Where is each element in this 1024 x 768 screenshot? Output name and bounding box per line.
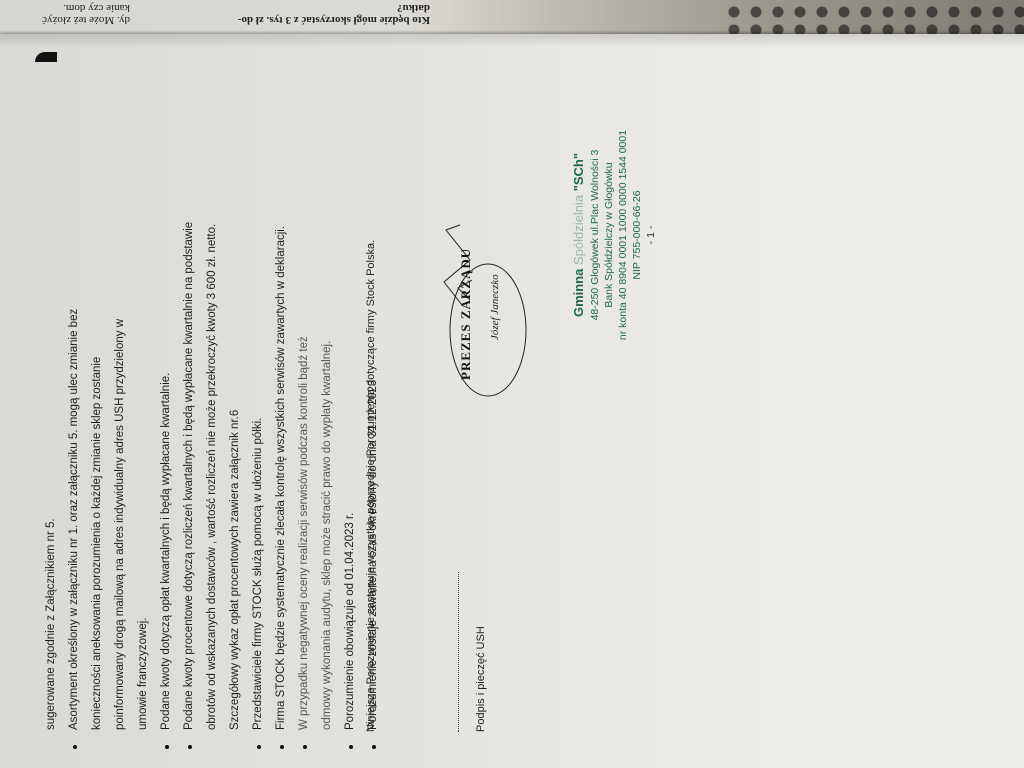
list-item: Firma STOCK będzie systematycznie zlecał…: [270, 40, 293, 760]
list-item: Podane kwoty procentowe dotyczą rozlicze…: [178, 40, 201, 760]
list-item: obrotów od wskazanych dostawców , wartoś…: [201, 40, 224, 760]
company-name: Gminna Spółdzielnia "SCh": [570, 115, 588, 355]
stamp-title: PREZES ZARZĄDU: [454, 248, 477, 380]
signature-stamp: PREZES ZARZĄDU Józef Janeczko: [440, 200, 530, 400]
list-item: Asortyment określony w załączniku nr 1. …: [63, 40, 86, 760]
company-name-faint: Spółdzielnia: [571, 195, 586, 265]
company-address: 48-250 Głogówek ul.Plac Wolności 3: [588, 115, 602, 355]
list-item: poinformowany drogą mailową na adres ind…: [109, 40, 132, 760]
signature-dotted-line: [458, 572, 459, 732]
company-stamp: Gminna Spółdzielnia "SCh" 48-250 Głogówe…: [570, 115, 658, 355]
list-item: konieczności aneksowania porozumienia o …: [86, 40, 109, 760]
company-bank: Bank Spółdzielczy w Głogówku: [602, 115, 616, 355]
signature-label: Podpis i pieczęć USH: [470, 626, 493, 732]
rotated-document-content: sugerowane zgodnie z Załącznikiem nr 5.A…: [40, 40, 385, 760]
newspaper-line: dy. Może też złożyć: [0, 14, 130, 26]
newspaper-column: dy. Może też złożyć kanie czy dom.: [0, 2, 130, 26]
company-nip: NIP 755-000-66-26: [630, 115, 644, 355]
lace-fabric: [724, 0, 1024, 36]
newspaper-line: kanie czy dom.: [0, 2, 130, 14]
company-name-suffix: "SCh": [571, 153, 586, 195]
list-item: W przypadku negatywnej oceny realizacji …: [293, 40, 316, 760]
list-item: odmowy wykonania audytu, sklep może stra…: [316, 40, 339, 760]
list-item: umowie franczyzowej.: [132, 40, 155, 760]
background-newspaper: Kto będzie mógł skorzystać z 3 tys. zł d…: [0, 0, 1024, 36]
summary-statement: Niniejsze Porozumienie zastępuje wszystk…: [360, 240, 383, 732]
company-name-prefix: Gminna: [571, 265, 586, 317]
list-item: Porozumienie obowiązuje od 01.04.2023 r.: [339, 40, 362, 760]
list-item: Przedstawiciele firmy STOCK służą pomocą…: [247, 40, 270, 760]
list-item: Podane kwoty dotyczą opłat kwartalnych i…: [155, 40, 178, 760]
company-account: nr konta 40 8904 0001 1000 0000 1544 000…: [616, 115, 630, 355]
terms-list: sugerowane zgodnie z Załącznikiem nr 5.A…: [40, 40, 385, 760]
stamp-name: Józef Janeczko: [484, 274, 507, 340]
page-number: - 1 -: [644, 115, 658, 355]
list-item: sugerowane zgodnie z Załącznikiem nr 5.: [40, 40, 63, 760]
list-item: Szczegółowy wykaz opłat procentowych zaw…: [224, 40, 247, 760]
